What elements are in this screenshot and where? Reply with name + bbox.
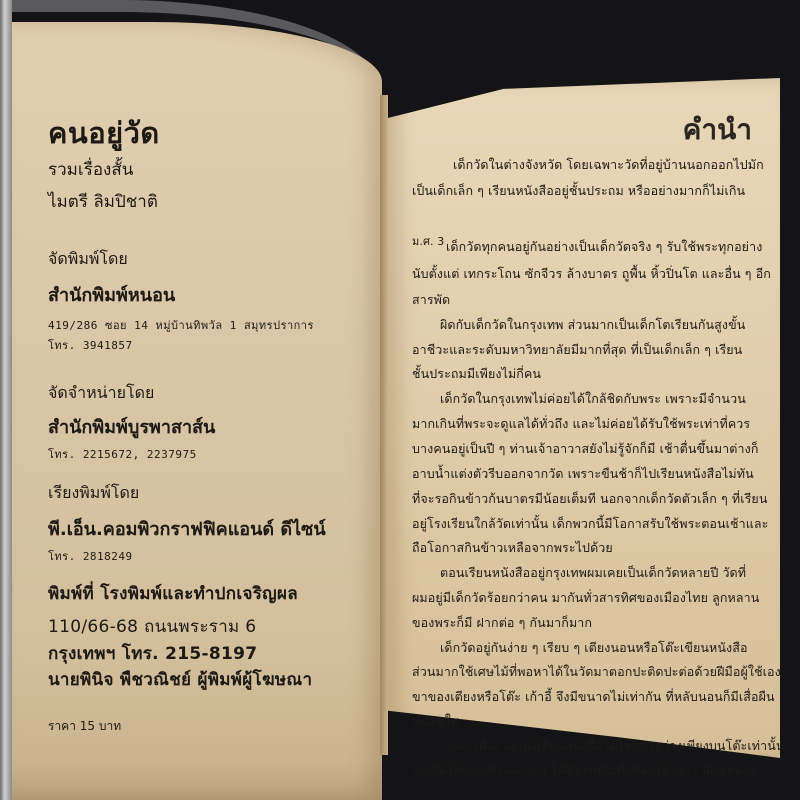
foreword-line: ผิดกับเด็กวัดในกรุงเทพ ส่วนมากเป็นเด็กโต… xyxy=(440,315,745,335)
foreword-line: ชั้นประถมมีเพียงไม่กี่คน xyxy=(412,364,541,384)
foreword-title: คำนำ xyxy=(683,108,752,152)
open-book-photo: คนอยู่วัด รวมเรื่องสั้น ไมตรี ลิมปิชาติ … xyxy=(0,0,800,800)
printer-address: 110/66-68 ถนนพระราม 6 xyxy=(48,613,256,640)
foreword-line: อาบน้ำแต่งตัวรีบออกจากวัด เพราะขืนช้าก็ไ… xyxy=(412,464,754,484)
foreword-line: นับตั้งแต่ เทกระโถน ซักจีวร ล้างบาตร ถูพ… xyxy=(412,264,771,284)
price-label: ราคา 15 บาท xyxy=(48,717,121,736)
foreword-line: เด็กวัดในกรุงเทพไม่ค่อยได้ใกล้ชิดกับพระ … xyxy=(440,389,746,409)
typesetter-label: เรียงพิมพ์โดย xyxy=(48,481,139,506)
left-page-shadow xyxy=(12,760,382,800)
foreword-line: จะเปิดไฟแรงเทียนมาก ๆ ให้สว่างพรึบทั่วห้… xyxy=(412,760,757,780)
typesetter-name: พี.เอ็น.คอมพิวกราฟฟิคแอนด์ ดีไซน์ xyxy=(48,514,326,543)
foreword-line: อาชีวะและระดับมหาวิทยาลัยมีมากที่สุด ที่… xyxy=(412,340,742,360)
foreword-line: ที่จะรอกินข้าวก้นบาตรมีน้อยเต็มที นอกจาก… xyxy=(412,489,767,509)
publisher-name: สำนักพิมพ์หนอน xyxy=(48,280,175,309)
publisher-phone: โทร. 3941857 xyxy=(48,336,133,354)
book-author: ไมตรี ลิมปิชาติ xyxy=(48,188,158,215)
foreword-line: ของพระก็มี ฝากต่อ ๆ กันมาก็มาก xyxy=(412,613,592,633)
foreword-line: หมอนใบ xyxy=(412,711,459,731)
foreword-line: บางคนอยู่เป็นปี ๆ ท่านเจ้าอาวาสยังไม่รู้… xyxy=(412,439,759,459)
foreword-line: เป็นเด็กเล็ก ๆ เรียนหนังสืออยู่ชั้นประถม… xyxy=(412,181,745,201)
plastic-sleeve-side xyxy=(0,0,12,800)
printer-publisher-name: นายพินิจ พืชวณิชย์ ผู้พิมพ์ผู้โฆษณา xyxy=(48,666,312,693)
foreword-line: ตอนเรียนหนังสืออยู่กรุงเทพผมเคยเป็นเด็กว… xyxy=(440,563,746,583)
distributor-phone: โทร. 2215672, 2237975 xyxy=(48,445,197,463)
distributor-label: จัดจำหน่ายโดย xyxy=(48,381,154,406)
foreword-line: ผมอยู่มีเด็กวัดร้อยกว่าคน มากันทั่วสารทิ… xyxy=(412,588,759,608)
foreword-line: กลางคืนเวลานั่งเรียนหนังสือได้ใช้แสงสว่า… xyxy=(450,736,785,756)
printer-line-1: พิมพ์ที่ โรงพิมพ์และทำปกเจริญผล xyxy=(48,580,298,607)
book-title: คนอยู่วัด xyxy=(48,110,160,156)
foreword-line: ถือโอกาสกินข้าวเหลือจากพระไปด้วย xyxy=(412,538,613,558)
foreword-line: เด็กวัดทุกคนอยู่กันอย่างเป็นเด็กวัดจริง … xyxy=(446,237,762,257)
foreword-line: เด็กวัดในต่างจังหวัด โดยเฉพาะวัดที่อยู่บ… xyxy=(453,155,764,175)
foreword-line: มากเกินที่พระจะดูแลได้ทั่วถึง และไม่ค่อย… xyxy=(412,414,750,434)
distributor-name: สำนักพิมพ์บูรพาสาส์น xyxy=(48,412,215,441)
foreword-line: ขาของเตียงหรือโต๊ะ เก้าอี้ จึงมีขนาดไม่เ… xyxy=(412,687,775,707)
printer-city-phone: กรุงเทพฯ โทร. 215-8197 xyxy=(48,640,257,667)
publisher-label: จัดพิมพ์โดย xyxy=(48,247,128,272)
book-gutter xyxy=(380,95,388,755)
typesetter-phone: โทร. 2818249 xyxy=(48,547,133,565)
foreword-line: ส่วนมากใช้เศษไม้ที่พอหาได้ในวัดมาตอกปะติ… xyxy=(412,662,781,682)
foreword-line: ม.ศ. 3 xyxy=(412,232,444,250)
foreword-line: อยู่โรงเรียนใกล้วัดเท่านั้น เด็กพวกนี้มี… xyxy=(412,514,768,534)
publisher-address: 419/286 ซอย 14 หมู่บ้านทิพวัล 1 สมุทรปรา… xyxy=(48,316,314,334)
foreword-line: เด็กวัดอยู่กันง่าย ๆ เรียบ ๆ เตียงนอนหรื… xyxy=(440,638,748,658)
book-subtitle: รวมเรื่องสั้น xyxy=(48,156,133,183)
foreword-line: สารพัด xyxy=(412,290,450,310)
